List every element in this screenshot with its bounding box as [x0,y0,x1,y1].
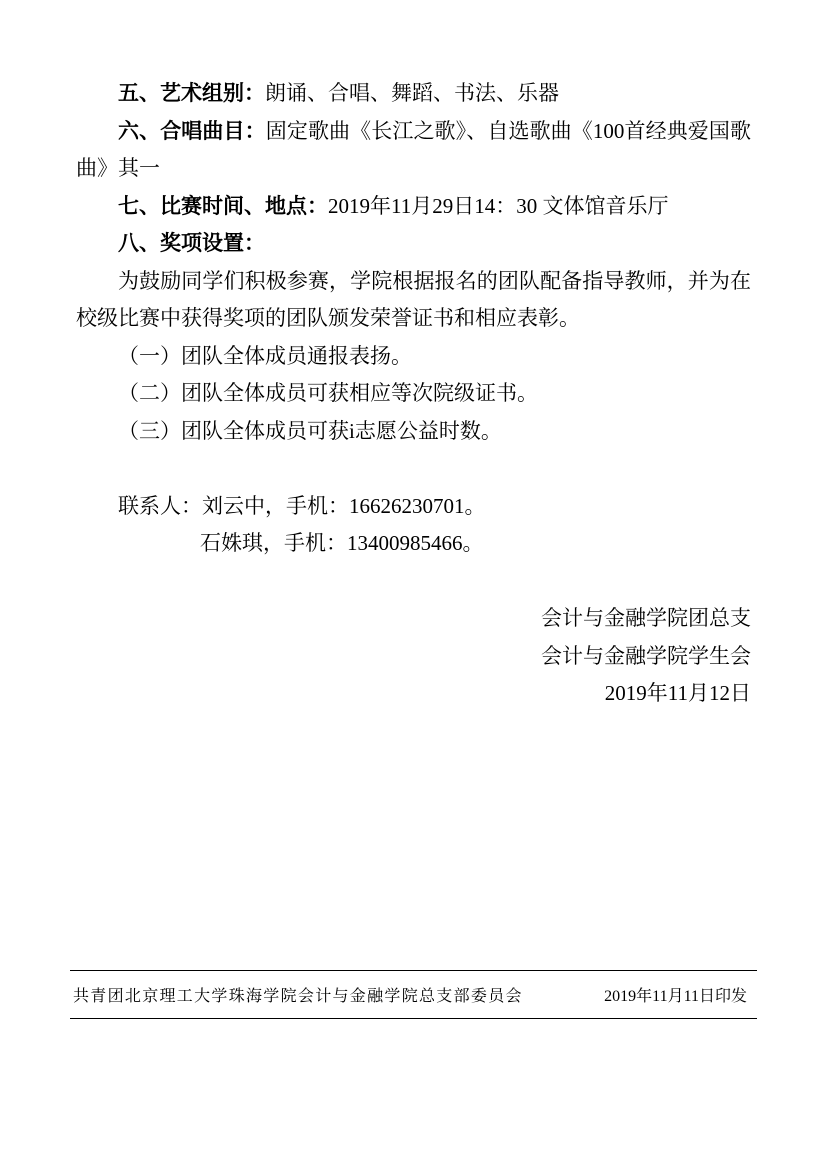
award-item-1: （一）团队全体成员通报表扬。 [76,338,751,376]
signature-org-1: 会计与金融学院团总支 [76,600,751,638]
section-8-heading: 八、奖项设置： [118,232,265,255]
para-awards-intro-line-1: 为鼓励同学们积极参赛，学院根据报名的团队配备指导教师，并为在 [76,263,751,301]
spacer [76,450,751,488]
section-5-text: 朗诵、合唱、舞蹈、书法、乐器 [265,81,559,105]
signature-date: 2019年11月12日 [76,675,751,713]
section-7-text: 2019年11月29日14：30 文体馆音乐厅 [328,194,668,218]
footer-issuer: 共青团北京理工大学珠海学院会计与金融学院总支部委员会 [70,983,523,1006]
signature-org-2: 会计与金融学院学生会 [76,638,751,676]
spacer [76,563,751,601]
para-section-8-awards-heading: 八、奖项设置： [76,225,751,263]
document-page: 五、艺术组别：朗诵、合唱、舞蹈、书法、乐器 六、合唱曲目：固定歌曲《长江之歌》、… [0,0,827,1169]
para-awards-intro-line-2: 校级比赛中获得奖项的团队颁发荣誉证书和相应表彰。 [76,300,751,338]
para-section-5-art-categories: 五、艺术组别：朗诵、合唱、舞蹈、书法、乐器 [76,75,751,113]
para-section-6-chorus-songs-line-2: 曲》其一 [76,150,751,188]
contact-line-2: 石姝琪，手机：13400985466。 [76,525,751,563]
award-item-3: （三）团队全体成员可获i志愿公益时数。 [76,413,751,451]
section-6-text-line-1: 固定歌曲《长江之歌》、自选歌曲《100首经典爱国歌 [266,119,751,143]
section-5-heading: 五、艺术组别： [118,82,265,105]
document-footer: 共青团北京理工大学珠海学院会计与金融学院总支部委员会 2019年11月11日印发 [70,970,757,1019]
section-7-heading: 七、比赛时间、地点： [118,195,328,218]
contact-line-1: 联系人：刘云中，手机：16626230701。 [76,488,751,526]
para-section-7-time-place: 七、比赛时间、地点：2019年11月29日14：30 文体馆音乐厅 [76,188,751,226]
section-6-heading: 六、合唱曲目： [118,120,266,143]
para-section-6-chorus-songs-line-1: 六、合唱曲目：固定歌曲《长江之歌》、自选歌曲《100首经典爱国歌 [76,113,751,151]
award-item-2: （二）团队全体成员可获相应等次院级证书。 [76,375,751,413]
footer-issue-date: 2019年11月11日印发 [604,983,757,1006]
document-body: 五、艺术组别：朗诵、合唱、舞蹈、书法、乐器 六、合唱曲目：固定歌曲《长江之歌》、… [76,75,751,713]
